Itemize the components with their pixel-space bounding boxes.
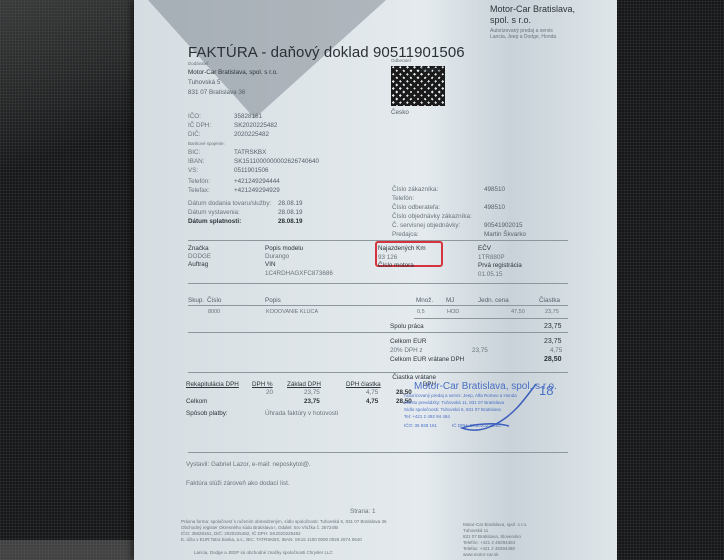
phone-label: Telefón: (188, 178, 210, 185)
customer-number-value: 498510 (484, 186, 505, 193)
vat-total-base: 23,75 (304, 398, 320, 405)
first-registration-value: 01.05.15 (478, 271, 503, 278)
dic-label: DIČ: (188, 131, 201, 138)
footer-address-line6: www.motor-car.sk (463, 552, 499, 557)
vat-base: 23,75 (472, 347, 488, 354)
issue-date-value: 28.08.19 (278, 209, 303, 216)
customer-number-label: Číslo zákazníka: (392, 186, 438, 193)
footer-address-line1: Motor-Car Bratislava, spol. s r.o. (463, 522, 527, 527)
customer-label: Odberateľ (391, 58, 411, 63)
col-qty: Množ. (416, 297, 433, 304)
due-date-label: Dátum splatnosti: (188, 218, 241, 225)
due-date-value: 28.08.19 (278, 218, 303, 225)
divider (188, 332, 568, 333)
item-number: 8000 (208, 309, 220, 315)
delivery-date-label: Dátum dodania tovaru/služby: (188, 200, 271, 207)
col-description: Popis (265, 297, 281, 304)
vat-amount: 4,75 (366, 389, 378, 396)
vat-total-label: Celkom (186, 398, 207, 405)
vs-label: VS: (188, 167, 198, 174)
payment-method-value: Úhrada faktúry v hotovosti (265, 410, 338, 417)
iban-label: IBAN: (188, 158, 204, 165)
divider (188, 372, 568, 373)
vat-rate: 20 (266, 389, 273, 396)
dic-value: 2020225482 (234, 131, 269, 138)
stamp-line6: IČO: 35 828 161 (404, 423, 437, 428)
legal-line4: E. účtu v EUR:Tatra banka, a.s., BIC: TA… (181, 537, 362, 542)
service-order-value: 90541902015 (484, 222, 523, 229)
footer-address-line4: Telefón: +421 2 49294484 (463, 540, 515, 545)
divider (188, 283, 568, 284)
fabric-fold (0, 540, 150, 560)
total-vat-value: 28,50 (544, 356, 562, 363)
plate-value: 1TR880P (478, 254, 505, 261)
vat-amount-header: DPH čiastka (346, 381, 381, 388)
bic-label: BIC: (188, 149, 200, 156)
item-unit: HOD (447, 309, 459, 315)
service-order-label: Č. servisnej objednávky: (392, 222, 460, 229)
col-unit: MJ (446, 297, 454, 304)
light-reflection (0, 0, 140, 200)
bic-value: TATRSKBX (234, 149, 266, 156)
vat-base-header: Základ DPH (287, 381, 321, 388)
brand-value: DODGE (188, 253, 211, 260)
total-vat-label: Celkom EUR vrátane DPH (390, 356, 464, 363)
customer-order-label: Číslo objednávky zákazníka: (392, 213, 472, 220)
footer-address-line2: Tuhovská 11 (463, 528, 488, 533)
total-eur-value: 23,75 (544, 338, 562, 345)
icdph-value: SK2020225482 (234, 122, 277, 129)
brand-label: Značka (188, 245, 209, 252)
seller-rep-value: Martin Škvarko (484, 231, 526, 238)
trademark-note: Lancia, Dodge a JEEP sú obchodné značky … (194, 550, 333, 555)
supplier-city: 831 07 Bratislava 36 (188, 89, 245, 96)
col-number: Číslo (207, 297, 221, 304)
legal-line1: Právna forma: spoločnosť s ručením obmed… (181, 519, 387, 524)
mileage-value: 93 126 (378, 254, 397, 261)
item-qty: 0,5 (417, 309, 425, 315)
bank-label: Bankové spojenie: (188, 141, 225, 146)
issued-by: Vystavil: Gabriel Lazor, e-mail: neposky… (186, 461, 311, 468)
item-unit-price: 47,50 (511, 309, 525, 315)
vin-value: 1C4RDHAGXFC873686 (265, 270, 333, 277)
ico-value: 35828161 (234, 113, 262, 120)
phone-value: +421249294444 (234, 178, 280, 185)
seller-rep-label: Predajca: (392, 231, 419, 238)
vat-total-amount: 4,75 (366, 398, 378, 405)
labor-total-label: Spolu práca (390, 323, 424, 330)
col-amount: Čiastka (539, 297, 560, 304)
vat-base: 23,75 (304, 389, 320, 396)
divider (188, 305, 568, 306)
item-description: KODOVANIE KLUCA (266, 309, 318, 315)
footer-address-line5: Telefax: +421 2 49294488 (463, 546, 515, 551)
divider (188, 452, 568, 453)
auftrag-label: Auftrag (188, 261, 208, 268)
invoice-document: Motor-Car Bratislava, spol. s r.o. Autor… (134, 0, 617, 560)
recipient-number-value: 498510 (484, 204, 505, 211)
ico-label: IČO: (188, 113, 201, 120)
item-amount: 23,75 (545, 309, 559, 315)
iban-value: SK1511000000002626740640 (234, 158, 319, 165)
supplier-label: Dodávateľ (188, 61, 209, 66)
col-unit-price: Jedn. cena (478, 297, 509, 304)
issue-date-label: Dátum vystavenia: (188, 209, 240, 216)
recipient-number-label: Číslo odberateľa: (392, 204, 440, 211)
customer-name: Martin (421, 67, 440, 74)
engine-number-label: Číslo motora (378, 262, 414, 269)
customer-country: Česko (391, 109, 409, 116)
seller-tagline2: Lancia, Jeep a Dodge, Honda (490, 34, 556, 40)
vat-value: 4,75 (550, 347, 562, 354)
vat-label: 20% DPH z (390, 347, 423, 354)
fax-value: +421249294929 (234, 187, 280, 194)
stamp-line5: Tel: +421 2 492 94 484 (404, 414, 450, 419)
labor-total-value: 23,75 (544, 323, 562, 330)
legal-line3: IČO: 35828161, DIČ: 2020225482, IČ DPH: … (181, 531, 301, 536)
icdph-label: IČ DPH: (188, 122, 211, 129)
supplier-name: Motor-Car Bratislava, spol. s r.o. (188, 69, 278, 76)
fax-label: Telefax: (188, 187, 210, 194)
vat-rate-header: DPH % (252, 381, 273, 388)
mileage-label: Najazdených Km (378, 245, 426, 252)
model-label: Popis modelu (265, 245, 303, 252)
col-group: Skup. (188, 297, 204, 304)
legal-line2: Obchodný register Okresného súdu Bratisl… (181, 525, 338, 530)
divider (414, 318, 568, 319)
page-number: Strana: 1 (350, 508, 376, 515)
model-value: Durango (265, 253, 289, 260)
footer-address-line3: 831 07 Bratislava, Slovensko (463, 534, 521, 539)
vs-value: 0511901506 (234, 167, 269, 174)
signature-icon (454, 380, 544, 435)
seller-name-line2: spol. s r.o. (490, 15, 531, 25)
delivery-date-value: 28.08.19 (278, 200, 303, 207)
invoice-title: FAKTÚRA - daňový doklad 90511901506 (188, 44, 465, 61)
first-registration-label: Prvá registrácia (478, 262, 522, 269)
vin-label: VIN (265, 261, 276, 268)
customer-phone-label: Telefón: (392, 195, 414, 202)
seller-name-line1: Motor-Car Bratislava, (490, 4, 575, 14)
payment-method-label: Spôsob platby: (186, 410, 228, 417)
total-eur-label: Celkom EUR (390, 338, 426, 345)
vat-recap-header: Rekapitulácia DPH (186, 381, 239, 388)
delivery-note: Faktúra slúži zároveň ako dodací list. (186, 480, 290, 487)
supplier-street: Tuhovská 5 (188, 79, 220, 86)
plate-label: EČV (478, 245, 491, 252)
